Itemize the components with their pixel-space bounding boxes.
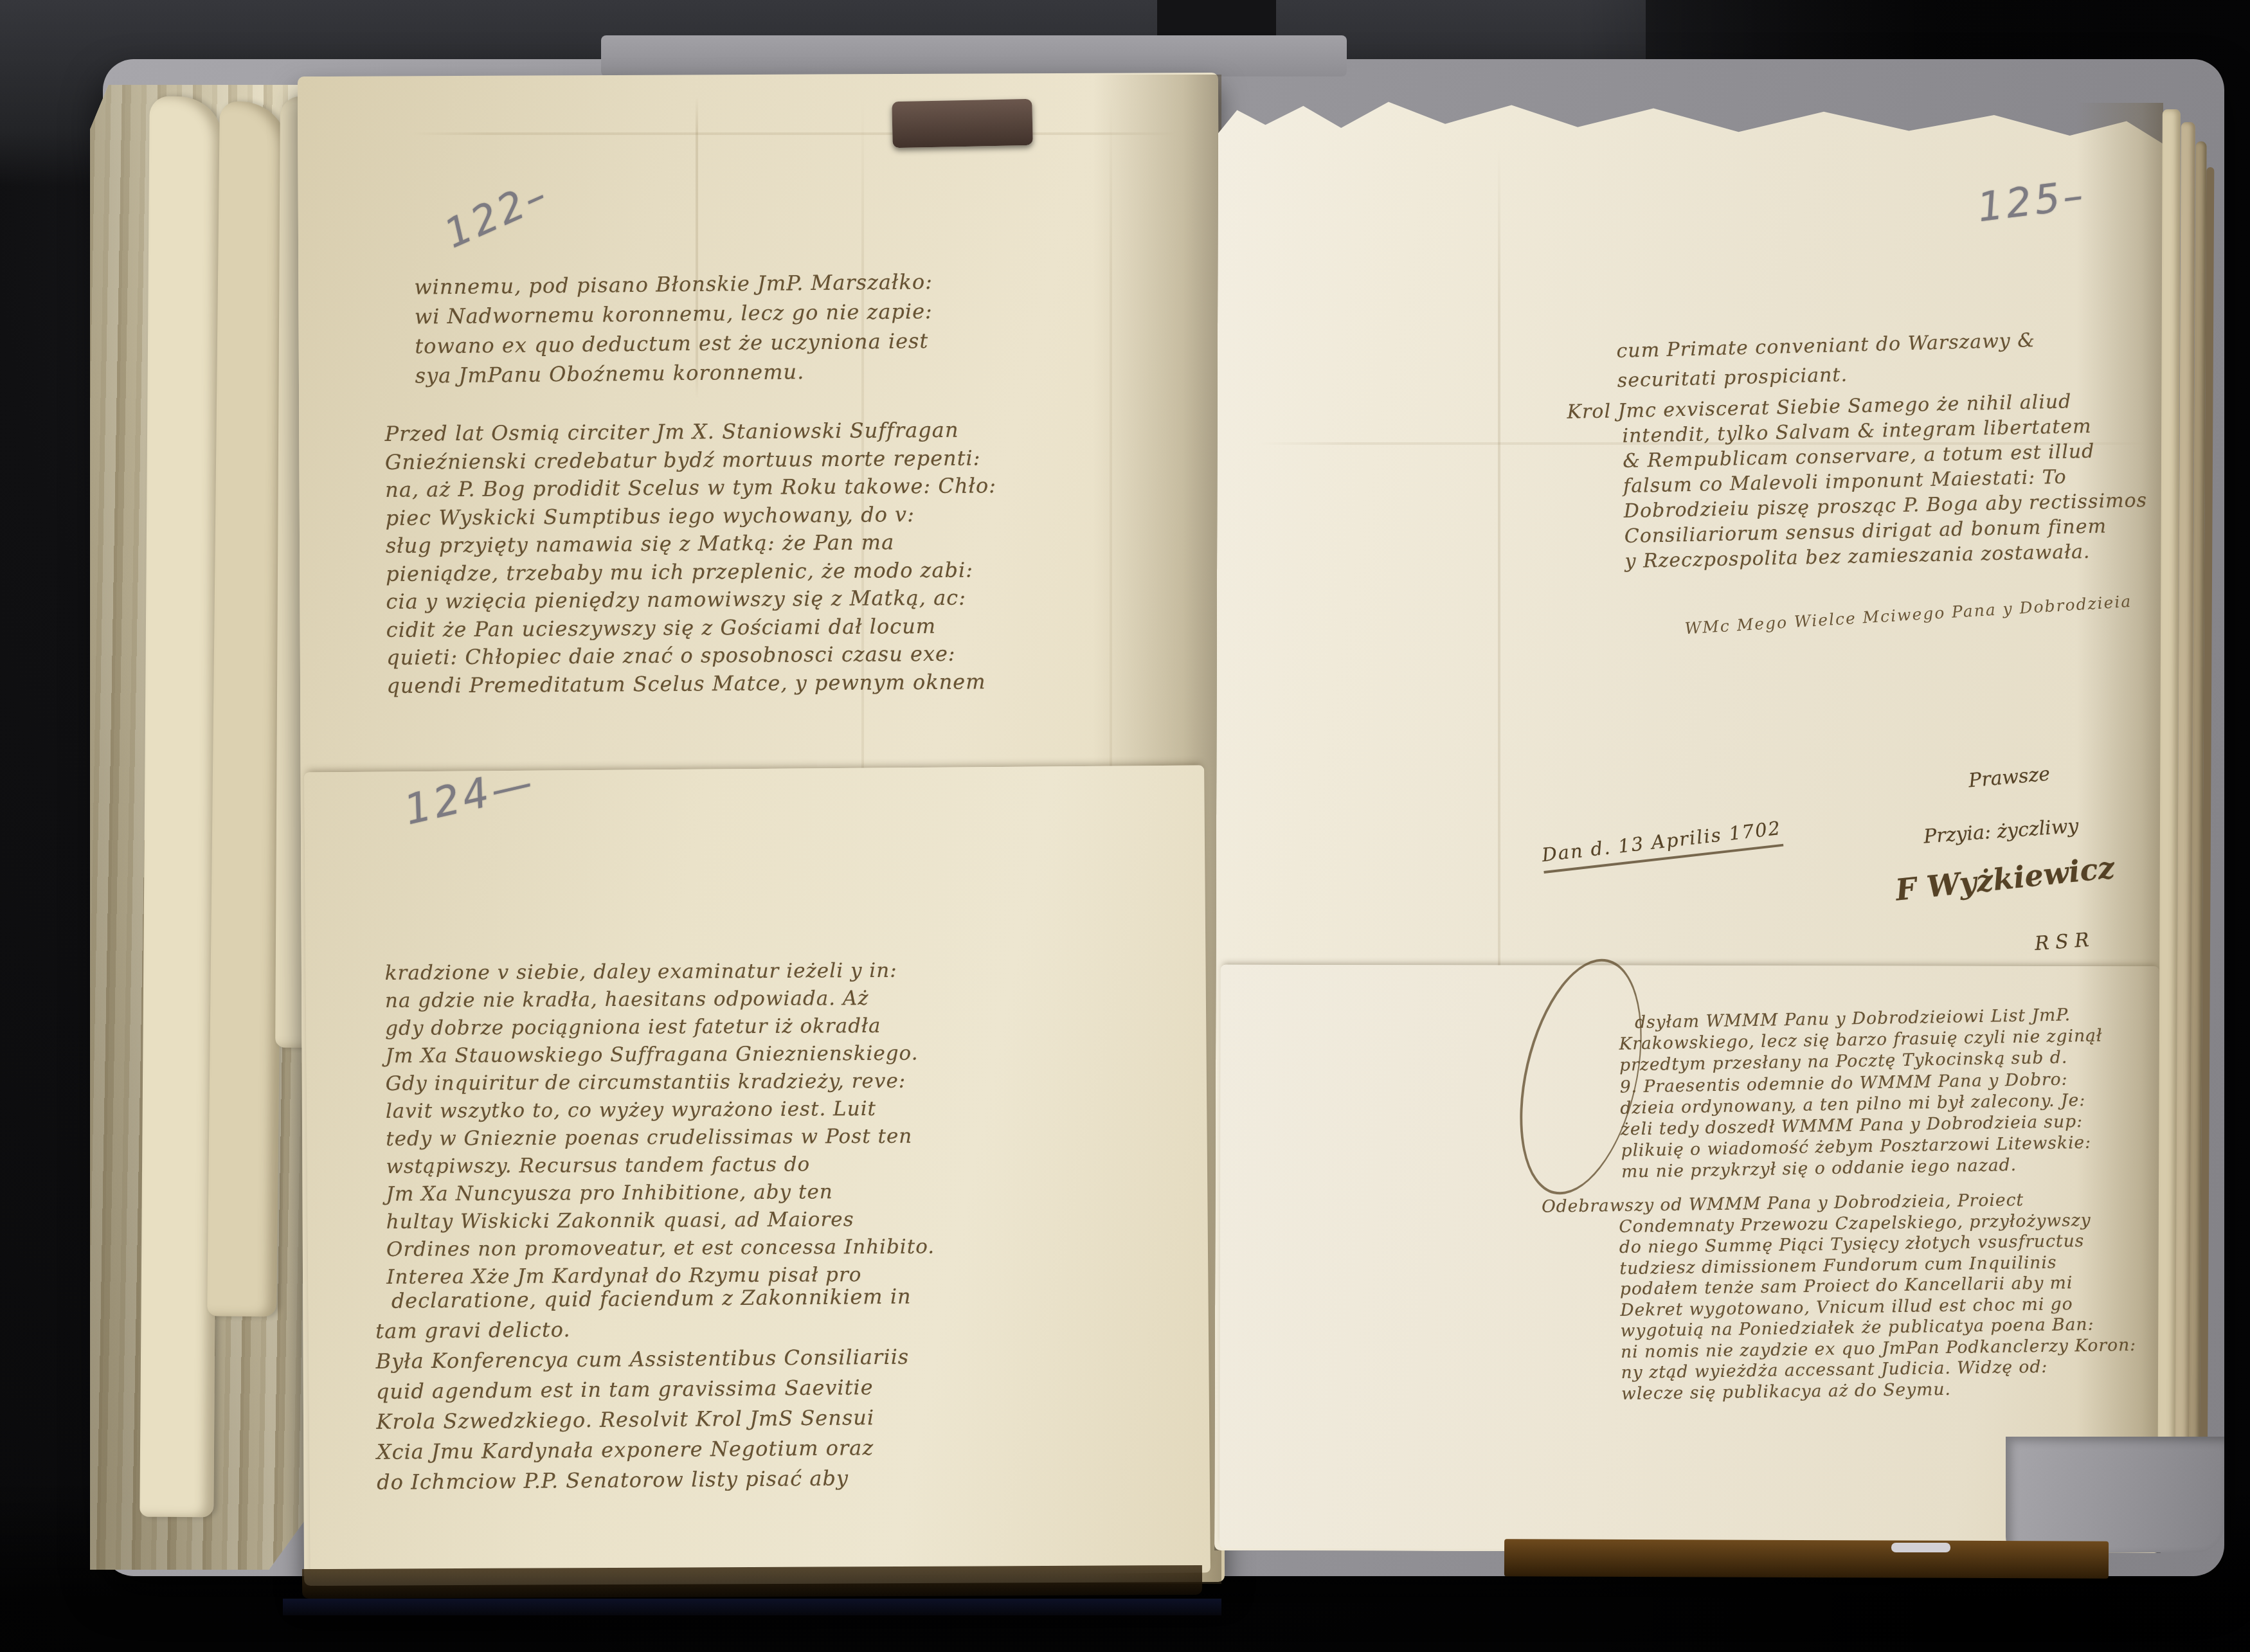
manuscript-line: Gnieźnienski credebatur bydź mortuus mor… <box>385 444 1099 476</box>
spine-headband <box>892 99 1032 148</box>
manuscript-line: cidit że Pan ucieszywszy się z Gościami … <box>386 611 1100 644</box>
left-paragraph-1: winnemu, pod pisano Błonskie JmP. Marsza… <box>414 265 1097 390</box>
left-paragraph-4: declaratione, quid faciendum z Zakonniki… <box>375 1280 1091 1498</box>
bottom-navy-sliver <box>283 1599 1221 1615</box>
manuscript-line: Przed lat Osmią circiter Jm X. Staniowsk… <box>384 415 1098 448</box>
right-paragraph-2: Krol Jmc exviscerat Siebie Samego że nih… <box>1621 386 2242 574</box>
manuscript-photo: 122– winnemu, pod pisano Błonskie JmP. M… <box>0 0 2250 1652</box>
manuscript-line: lavit wszytko to, co wyżey wyrażono iest… <box>386 1094 1099 1126</box>
manuscript-line: hultay Wiskicki Zakonnik quasi, ad Maior… <box>386 1205 1100 1236</box>
right-paragraph-3: dsyłam WMMM Panu y Dobrodzieiowi List Jm… <box>1619 1001 2250 1183</box>
left-page-bottom-edge <box>302 1565 1202 1599</box>
left-page-top-sheet-edge <box>411 132 1176 135</box>
cover-top-cloth-strip <box>601 35 1347 76</box>
manuscript-line: wstąpiwszy. Recursus tandem factus do <box>386 1149 1099 1181</box>
manuscript-line: na, aż P. Bog prodidit Scelus w tym Roku… <box>385 471 1099 504</box>
manuscript-line: sług przyięty namawia się z Matką: że Pa… <box>386 527 1099 560</box>
manuscript-line: quieti: Chłopiec daie znać o sposobnosci… <box>386 639 1100 672</box>
manuscript-line: quendi Premeditatum Scelus Matce, y pewn… <box>386 667 1100 700</box>
signature-line-4: R S R <box>2034 929 2090 955</box>
manuscript-line: Ordines non promoveatur, et est concessa… <box>386 1232 1100 1264</box>
manuscript-line: gdy dobrze pociągniona iest fatetur iż o… <box>385 1011 1099 1043</box>
manuscript-line: na gdzie nie kradła, haesitans odpowiada… <box>385 983 1099 1015</box>
manuscript-line: Jm Xa Stauowskiego Suffragana Gniezniens… <box>385 1039 1099 1070</box>
manuscript-line: piec Wyskicki Sumptibus iego wychowany, … <box>385 499 1099 532</box>
manuscript-line: do Ichmciow P.P. Senatorow listy pisać a… <box>377 1461 1090 1498</box>
left-paragraph-2: Przed lat Osmią circiter Jm X. Staniowsk… <box>384 415 1100 700</box>
manuscript-line: pieniądze, trzebaby mu ich przeplenic, ż… <box>386 555 1099 588</box>
right-paragraph-4: Odebrawszy od WMMM Pana y Dobrodzieia, P… <box>1619 1187 2250 1405</box>
manuscript-line: Jm Xa Nuncyusza pro Inhibitione, aby ten <box>386 1177 1099 1208</box>
manuscript-line: tedy w Gnieznie poenas crudelissimas w P… <box>386 1122 1099 1153</box>
cover-corner-bottom-right <box>2006 1437 2224 1552</box>
bottom-glint <box>1891 1543 1950 1552</box>
left-paragraph-3: kradzione v siebie, daley examinatur ież… <box>385 956 1101 1291</box>
manuscript-line: Gdy inquiritur de circumstantiis kradzie… <box>386 1066 1099 1098</box>
manuscript-line: cia y wzięcia pieniędzy namowiwszy się z… <box>386 583 1099 616</box>
bottom-under-pages-edge <box>1504 1539 2109 1578</box>
manuscript-line: kradzione v siebie, daley examinatur ież… <box>385 956 1099 987</box>
